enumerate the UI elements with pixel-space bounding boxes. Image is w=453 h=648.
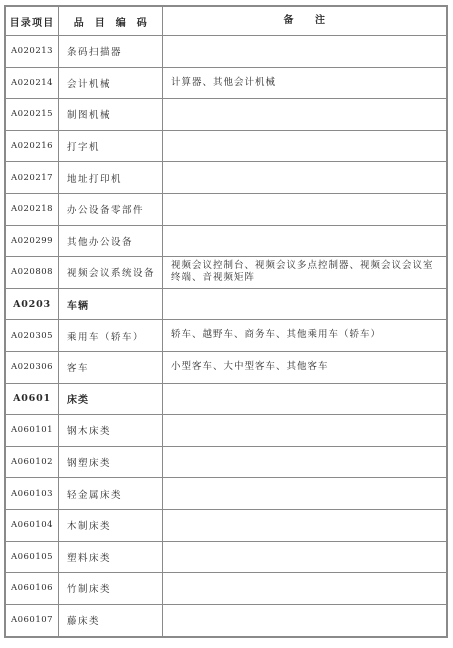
cell-remark	[163, 99, 446, 130]
cell-item-code: A060105	[6, 542, 59, 573]
table-row: A020213 条码扫描器	[6, 36, 446, 68]
cell-item-code: A020216	[6, 131, 59, 162]
table-row: A060102 钢塑床类	[6, 447, 446, 479]
cell-remark	[163, 415, 446, 446]
cell-item-code: A020306	[6, 352, 59, 383]
cell-remark	[163, 131, 446, 162]
cell-item-code: A060106	[6, 573, 59, 604]
cell-remark	[163, 510, 446, 541]
cell-item-name: 车辆	[59, 289, 163, 320]
cell-item-code: A020214	[6, 68, 59, 99]
table-row: A060104 木制床类	[6, 510, 446, 542]
header-remark: 备 注	[163, 7, 446, 35]
cell-item-code: A020217	[6, 162, 59, 193]
cell-remark	[163, 384, 446, 415]
table-row: A020216 打字机	[6, 131, 446, 163]
cell-remark	[163, 162, 446, 193]
cell-remark: 小型客车、大中型客车、其他客车	[163, 352, 446, 383]
table-row: A060103 轻金属床类	[6, 478, 446, 510]
cell-item-name: 钢木床类	[59, 415, 163, 446]
cell-remark	[163, 542, 446, 573]
table-row: A020217 地址打印机	[6, 162, 446, 194]
table-row: A060106 竹制床类	[6, 573, 446, 605]
cell-item-code: A060103	[6, 478, 59, 509]
cell-item-name: 视频会议系统设备	[59, 257, 163, 288]
cell-remark: 视频会议控制台、视频会议多点控制器、视频会议会议室终端、音视频矩阵	[163, 257, 446, 288]
cell-item-code: A060101	[6, 415, 59, 446]
cell-item-code: A0601	[6, 384, 59, 415]
table-row: A020305 乘用车（轿车） 轿车、越野车、商务车、其他乘用车（轿车）	[6, 320, 446, 352]
cell-remark	[163, 289, 446, 320]
cell-item-name: 会计机械	[59, 68, 163, 99]
cell-item-code: A0203	[6, 289, 59, 320]
cell-item-name: 木制床类	[59, 510, 163, 541]
catalog-table: 目录项目 品 目 编 码 备 注 A020213 条码扫描器 A020214 会…	[4, 5, 448, 638]
cell-item-name: 客车	[59, 352, 163, 383]
document-page: 目录项目 品 目 编 码 备 注 A020213 条码扫描器 A020214 会…	[0, 0, 453, 648]
cell-item-code: A020215	[6, 99, 59, 130]
cell-remark: 轿车、越野车、商务车、其他乘用车（轿车）	[163, 320, 446, 351]
cell-item-name: 床类	[59, 384, 163, 415]
table-row: A0601 床类	[6, 384, 446, 416]
table-row: A020214 会计机械 计算器、其他会计机械	[6, 68, 446, 100]
cell-remark	[163, 226, 446, 257]
cell-item-name: 竹制床类	[59, 573, 163, 604]
cell-item-name: 其他办公设备	[59, 226, 163, 257]
cell-item-code: A020299	[6, 226, 59, 257]
table-header-row: 目录项目 品 目 编 码 备 注	[6, 7, 446, 36]
cell-remark	[163, 605, 446, 637]
cell-item-name: 钢塑床类	[59, 447, 163, 478]
cell-item-name: 制图机械	[59, 99, 163, 130]
table-row: A060107 藤床类	[6, 605, 446, 637]
cell-item-code: A020218	[6, 194, 59, 225]
cell-item-code: A020808	[6, 257, 59, 288]
cell-item-name: 塑料床类	[59, 542, 163, 573]
table-row: A060105 塑料床类	[6, 542, 446, 574]
cell-remark	[163, 573, 446, 604]
cell-item-name: 条码扫描器	[59, 36, 163, 67]
cell-item-code: A060104	[6, 510, 59, 541]
cell-item-name: 打字机	[59, 131, 163, 162]
table-row: A020215 制图机械	[6, 99, 446, 131]
table-row: A020306 客车 小型客车、大中型客车、其他客车	[6, 352, 446, 384]
cell-item-code: A020213	[6, 36, 59, 67]
cell-item-name: 藤床类	[59, 605, 163, 637]
table-row: A020218 办公设备零部件	[6, 194, 446, 226]
table-row: A060101 钢木床类	[6, 415, 446, 447]
cell-remark: 计算器、其他会计机械	[163, 68, 446, 99]
header-item-code: 品 目 编 码	[59, 7, 163, 35]
header-catalog-item: 目录项目	[6, 7, 59, 35]
cell-item-code: A060107	[6, 605, 59, 637]
cell-item-name: 轻金属床类	[59, 478, 163, 509]
table-row: A020808 视频会议系统设备 视频会议控制台、视频会议多点控制器、视频会议会…	[6, 257, 446, 289]
cell-remark	[163, 194, 446, 225]
table-row: A020299 其他办公设备	[6, 226, 446, 258]
cell-item-name: 乘用车（轿车）	[59, 320, 163, 351]
cell-item-code: A060102	[6, 447, 59, 478]
cell-remark	[163, 478, 446, 509]
cell-item-name: 地址打印机	[59, 162, 163, 193]
cell-item-name: 办公设备零部件	[59, 194, 163, 225]
cell-item-code: A020305	[6, 320, 59, 351]
cell-remark	[163, 447, 446, 478]
cell-remark	[163, 36, 446, 67]
table-row: A0203 车辆	[6, 289, 446, 321]
